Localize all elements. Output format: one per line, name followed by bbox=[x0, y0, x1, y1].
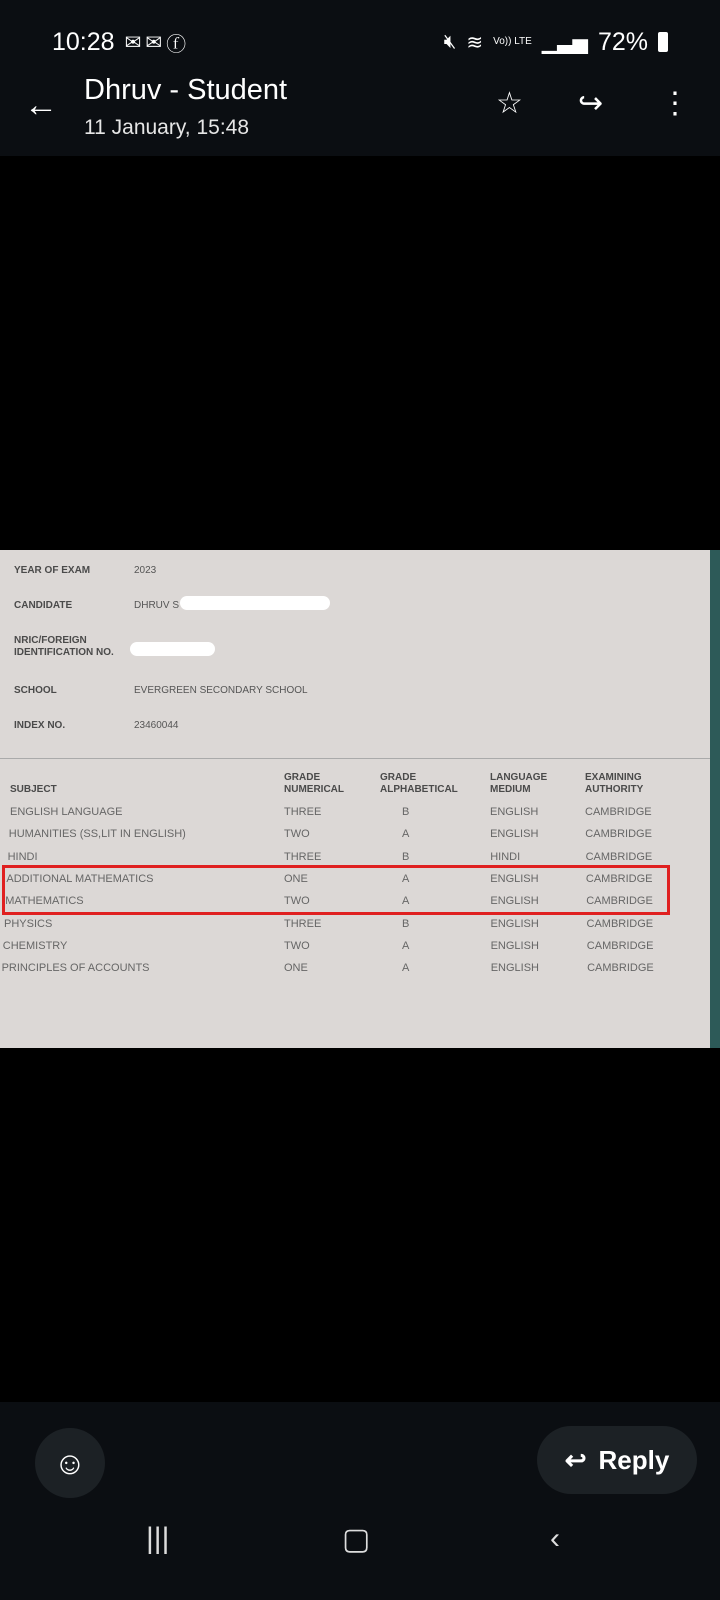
table-cell-examining-authority: CAMBRIDGE bbox=[586, 851, 653, 863]
reply-arrow-icon: ↩ bbox=[565, 1445, 587, 1476]
meta-label-nric-2: IDENTIFICATION NO. bbox=[14, 647, 114, 658]
add-reaction-button[interactable]: ☺ bbox=[35, 1428, 105, 1498]
column-header-grade-alphabetical: GRADEALPHABETICAL bbox=[380, 772, 458, 796]
table-cell-examining-authority: CAMBRIDGE bbox=[585, 806, 652, 818]
gmail-icon: ✉ bbox=[145, 30, 162, 55]
highlight-box bbox=[2, 865, 670, 915]
table-cell-grade-alphabetical: B bbox=[402, 851, 409, 863]
redaction-mark bbox=[180, 596, 330, 610]
mute-icon: 🔇︎ bbox=[444, 31, 457, 54]
table-cell-language-medium: ENGLISH bbox=[491, 962, 539, 974]
table-cell-examining-authority: CAMBRIDGE bbox=[587, 918, 654, 930]
column-header-subject: SUBJECT bbox=[10, 772, 57, 796]
table-cell-grade-alphabetical: A bbox=[402, 828, 409, 840]
volte-icon: Vo)) LTE bbox=[493, 37, 532, 47]
top-bar: 10:28 ✉ ✉ ⓕ 🔇︎ ≋ Vo)) LTE ▁▃▅ 72% ← Dhru… bbox=[0, 0, 720, 156]
meta-label-nric: NRIC/FOREIGN bbox=[14, 635, 87, 646]
table-cell-subject: PHYSICS bbox=[4, 918, 52, 930]
table-cell-subject: HUMANITIES (SS,LIT IN ENGLISH) bbox=[9, 828, 186, 840]
table-cell-examining-authority: CAMBRIDGE bbox=[585, 828, 652, 840]
status-time: 10:28 bbox=[52, 28, 115, 57]
bottom-bar: ☺ ↩ Reply ||| ▢ ‹ bbox=[0, 1402, 720, 1600]
table-cell-grade-alphabetical: A bbox=[402, 940, 409, 952]
table-cell-grade-numerical: THREE bbox=[284, 851, 321, 863]
table-cell-language-medium: ENGLISH bbox=[490, 806, 538, 818]
star-icon[interactable]: ☆ bbox=[496, 86, 523, 121]
table-cell-grade-numerical: TWO bbox=[284, 828, 310, 840]
meta-label-candidate: CANDIDATE bbox=[14, 600, 72, 611]
table-cell-grade-alphabetical: B bbox=[402, 918, 409, 930]
table-cell-grade-numerical: ONE bbox=[284, 962, 308, 974]
table-cell-subject: ENGLISH LANGUAGE bbox=[10, 806, 122, 818]
reply-button[interactable]: ↩ Reply bbox=[537, 1426, 697, 1494]
column-header-grade-numerical: GRADENUMERICAL bbox=[284, 772, 344, 796]
redaction-mark bbox=[130, 642, 215, 656]
table-cell-subject: HINDI bbox=[8, 851, 38, 863]
wifi-icon: ≋ bbox=[466, 30, 483, 55]
battery-icon bbox=[658, 32, 668, 52]
table-cell-subject: PRINCIPLES OF ACCOUNTS bbox=[2, 962, 150, 974]
meta-label-school: SCHOOL bbox=[14, 685, 57, 696]
table-cell-subject: CHEMISTRY bbox=[3, 940, 68, 952]
photo-background-edge bbox=[710, 550, 720, 1048]
emoji-add-icon: ☺ bbox=[54, 1445, 87, 1482]
more-options-icon[interactable]: ⋮ bbox=[660, 86, 690, 121]
table-cell-language-medium: ENGLISH bbox=[490, 828, 538, 840]
nav-back-icon[interactable]: ‹ bbox=[550, 1522, 560, 1556]
table-cell-grade-numerical: THREE bbox=[284, 918, 321, 930]
sender-title: Dhruv - Student bbox=[84, 74, 287, 107]
table-cell-grade-alphabetical: B bbox=[402, 806, 409, 818]
column-header-language-medium: LANGUAGEMEDIUM bbox=[490, 772, 547, 796]
meta-value-index: 23460044 bbox=[134, 720, 179, 731]
reply-label: Reply bbox=[598, 1445, 669, 1476]
message-header: ← Dhruv - Student 11 January, 15:48 ☆ ↪ … bbox=[0, 72, 720, 142]
meta-label-year: YEAR OF EXAM bbox=[14, 565, 90, 576]
message-timestamp: 11 January, 15:48 bbox=[84, 116, 249, 140]
gmail-icon: ✉ bbox=[125, 30, 142, 55]
recent-apps-icon[interactable]: ||| bbox=[146, 1522, 169, 1556]
table-cell-grade-numerical: THREE bbox=[284, 806, 321, 818]
attached-photo[interactable]: YEAR OF EXAM 2023 CANDIDATE DHRUV S NRIC… bbox=[0, 550, 720, 1048]
meta-value-year: 2023 bbox=[134, 565, 156, 576]
back-arrow-icon[interactable]: ← bbox=[24, 86, 58, 125]
meta-value-candidate: DHRUV S bbox=[134, 600, 179, 611]
column-header-examining-authority: EXAMININGAUTHORITY bbox=[585, 772, 643, 796]
table-cell-language-medium: ENGLISH bbox=[491, 918, 539, 930]
forward-icon[interactable]: ↪ bbox=[578, 86, 603, 121]
table-cell-language-medium: HINDI bbox=[490, 851, 520, 863]
home-icon[interactable]: ▢ bbox=[342, 1522, 370, 1557]
facebook-icon: ⓕ bbox=[166, 28, 186, 57]
meta-label-index: INDEX NO. bbox=[14, 720, 65, 731]
meta-value-school: EVERGREEN SECONDARY SCHOOL bbox=[134, 685, 308, 696]
table-cell-examining-authority: CAMBRIDGE bbox=[587, 940, 654, 952]
status-bar: 10:28 ✉ ✉ ⓕ 🔇︎ ≋ Vo)) LTE ▁▃▅ 72% bbox=[52, 22, 668, 62]
table-cell-grade-numerical: TWO bbox=[284, 940, 310, 952]
signal-icon: ▁▃▅ bbox=[542, 30, 588, 55]
table-cell-language-medium: ENGLISH bbox=[491, 940, 539, 952]
table-cell-examining-authority: CAMBRIDGE bbox=[587, 962, 654, 974]
table-cell-grade-alphabetical: A bbox=[402, 962, 409, 974]
battery-percent: 72% bbox=[598, 28, 648, 57]
divider bbox=[0, 758, 710, 759]
